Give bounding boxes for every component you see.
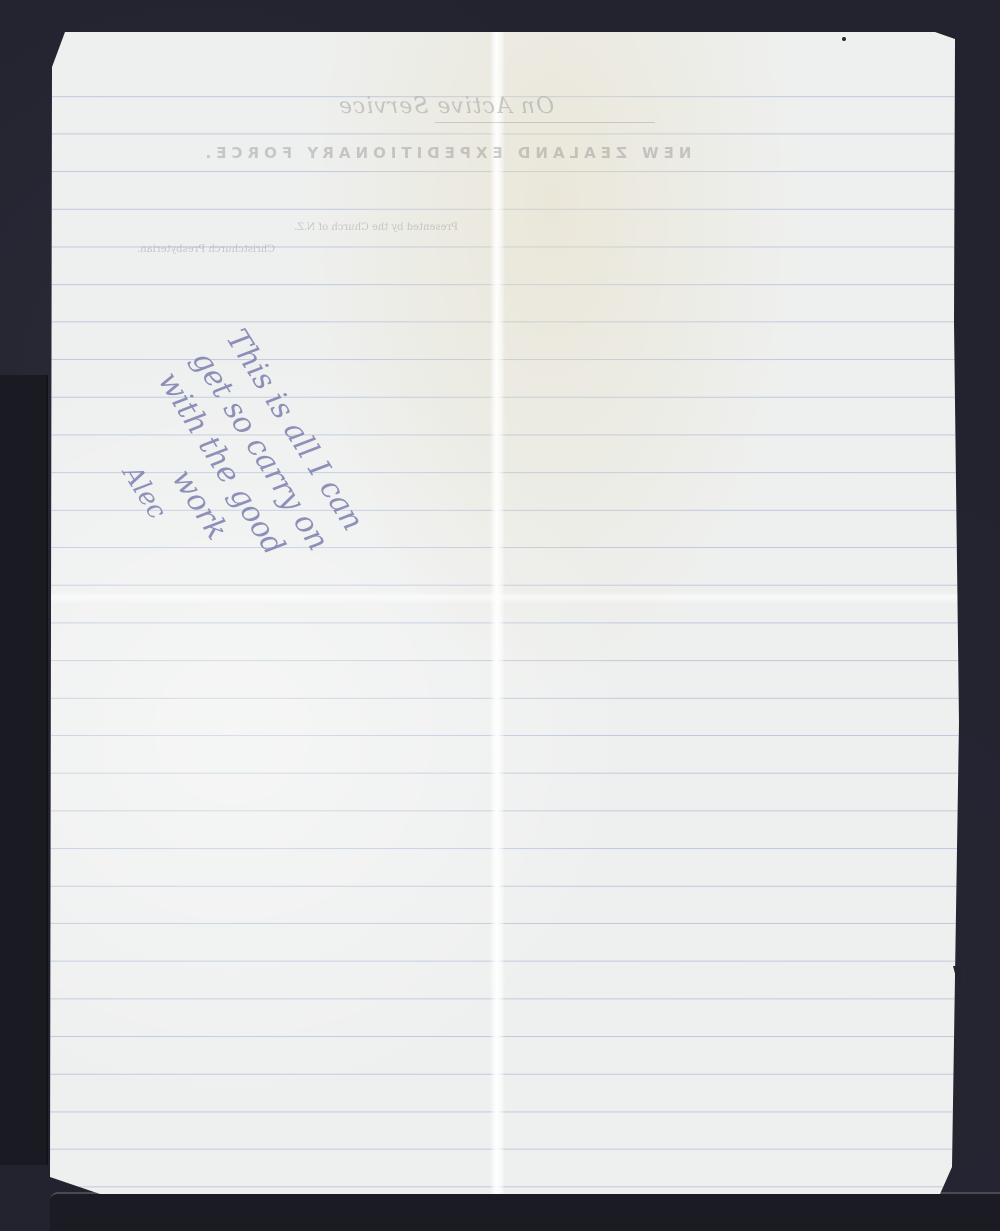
letterhead-service-line: On Active Service bbox=[0, 94, 902, 119]
letterhead-address-line-2: Christchurch Presbyterian. bbox=[0, 244, 662, 255]
letterhead-force-line: NEW ZEALAND EXPEDITIONARY FORCE. bbox=[0, 144, 902, 162]
handwritten-note: This is all I can get so carry on with t… bbox=[80, 322, 372, 623]
mount-board-left bbox=[0, 375, 48, 1165]
letterhead-address-line-1: Presented by the Church of N.Z. bbox=[0, 222, 832, 233]
letterhead-rule bbox=[435, 122, 655, 123]
pinhole-mark bbox=[842, 37, 846, 41]
letter-sheet: On Active Service NEW ZEALAND EXPEDITION… bbox=[50, 32, 962, 1194]
mount-board-bottom bbox=[50, 1192, 1000, 1231]
